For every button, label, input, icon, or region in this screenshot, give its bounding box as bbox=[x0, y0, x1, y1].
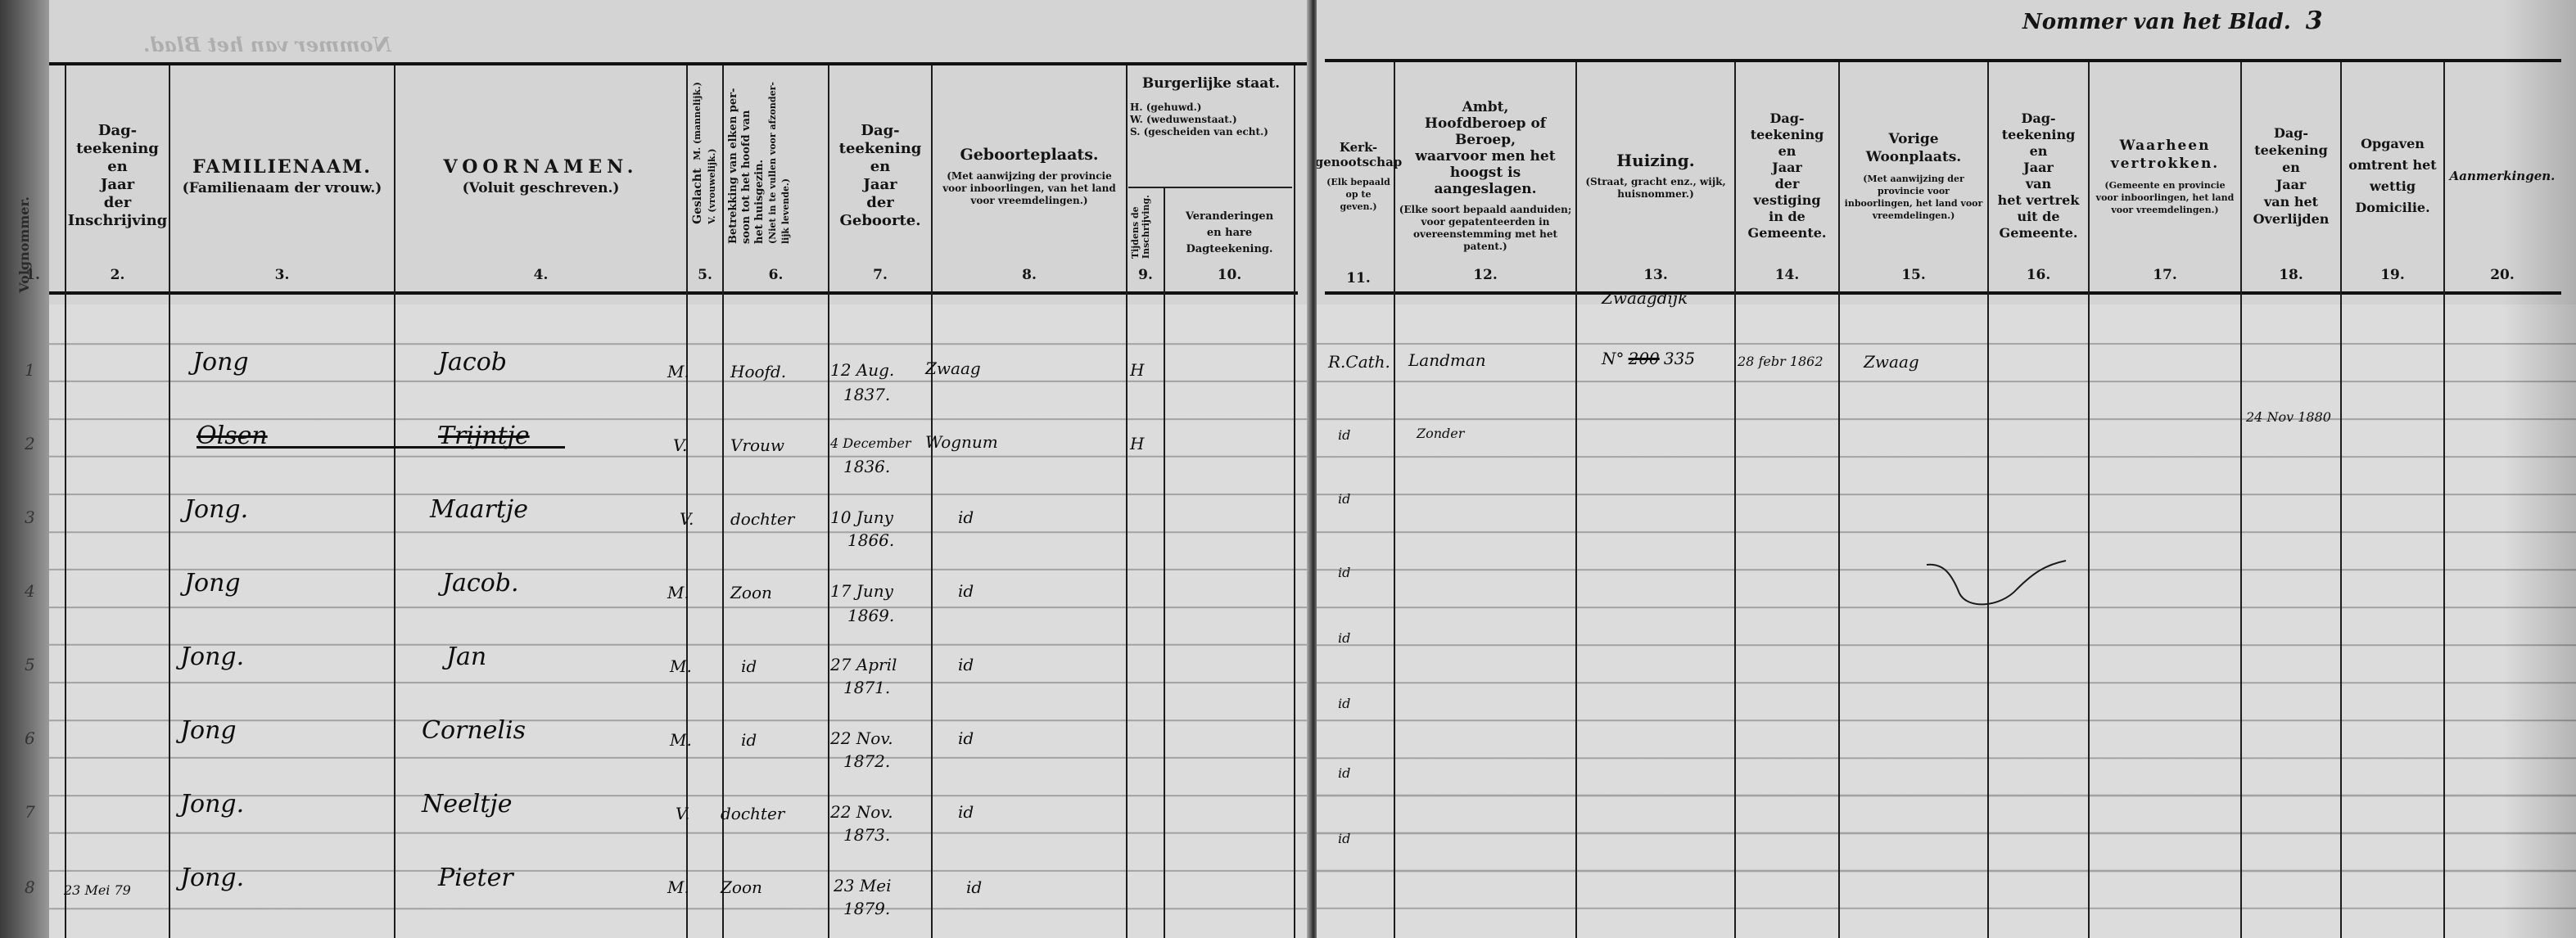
row-1-volgnr: 1 bbox=[25, 360, 35, 380]
staat-legend: H. (gehuwd.) W. (weduwenstaat.) S. (gesc… bbox=[1130, 101, 1292, 138]
header-col-13: Huizing. (Straat, gracht enz., wijk, hui… bbox=[1577, 65, 1734, 286]
header-col-18: Dag- teekening en Jaar van het Overlijde… bbox=[2242, 65, 2340, 286]
row-4-kerk: id bbox=[1338, 565, 1350, 580]
row-2-beroep: Zonder bbox=[1417, 426, 1464, 441]
col-number: 15. bbox=[1840, 267, 1987, 283]
col-divider bbox=[1126, 65, 1128, 938]
row-2-geboorteplaats: Wognum bbox=[925, 432, 998, 452]
row-5-volgnr: 5 bbox=[25, 655, 35, 674]
row-8-geboorte-jaar: 1879. bbox=[843, 899, 890, 918]
header-burgerlijke-staat: Burgerlijke staat. H. (gehuwd.) W. (wedu… bbox=[1130, 75, 1292, 138]
col-number: 16. bbox=[1989, 267, 2088, 283]
row-1-vorige-woonplaats: Zwaag bbox=[1864, 352, 1919, 372]
row-3-volgnr: 3 bbox=[25, 507, 35, 527]
col-number: 9. bbox=[1128, 267, 1164, 283]
row-4-familienaam: Jong bbox=[184, 569, 241, 598]
page-number-label: Nommer van het Blad.3 bbox=[2022, 7, 2323, 35]
struck-house-number: 200 bbox=[1629, 349, 1660, 368]
row-1-voornamen: Jacob bbox=[438, 348, 507, 377]
row-3-voornamen: Maartje bbox=[430, 495, 528, 524]
row-2-staat: H bbox=[1130, 434, 1144, 453]
row-1-geslacht: M. bbox=[667, 362, 689, 381]
row-6-betrekking: id bbox=[741, 730, 757, 750]
row-7-betrekking: dochter bbox=[721, 804, 784, 823]
row-6-geboorte-dag: 22 Nov. bbox=[830, 728, 893, 748]
row-1-familienaam: Jong bbox=[192, 348, 249, 377]
row-1-geboorteplaats: Zwaag bbox=[925, 359, 981, 378]
strike-line bbox=[197, 446, 565, 449]
header-col-19: Opgaven omtrent het wettig Domicilie. bbox=[2342, 65, 2443, 286]
row-7-geboorteplaats: id bbox=[958, 802, 974, 822]
row-2-geboorte-jaar: 1836. bbox=[843, 457, 890, 476]
col-divider bbox=[1164, 188, 1165, 938]
row-6-volgnr: 6 bbox=[25, 728, 35, 748]
right-page: Nommer van het Blad.3 Kerk- genootschap … bbox=[1317, 0, 2576, 938]
header-top-rule bbox=[1325, 59, 2561, 62]
col-number: 12. bbox=[1395, 267, 1575, 283]
row-4-betrekking: Zoon bbox=[730, 583, 772, 602]
row-1-staat: H bbox=[1130, 360, 1144, 380]
row-3-geboorte-jaar: 1866. bbox=[847, 530, 894, 550]
col-number: 2. bbox=[66, 267, 169, 283]
header-col-16: Dag- teekening en Jaar van het vertrek u… bbox=[1989, 65, 2088, 286]
row-8-betrekking: Zoon bbox=[721, 877, 762, 897]
page-number: 3 bbox=[2306, 7, 2323, 35]
header-col-11: Kerk- genootschap (Elk bepaald op te gev… bbox=[1323, 65, 1394, 286]
staat-subdivider bbox=[1128, 187, 1292, 188]
row-1-geboorte-jaar: 1837. bbox=[843, 385, 890, 404]
header-col-5-geslacht: Geslacht M. (mannelijk.) V. (vrouwelijk.… bbox=[690, 82, 720, 224]
row-1-huizing-straat: Zwaagdijk bbox=[1602, 288, 1688, 308]
col-number: 3. bbox=[170, 267, 394, 283]
row-4-volgnr: 4 bbox=[25, 581, 35, 601]
row-3-geboorteplaats: id bbox=[958, 507, 974, 527]
header-bottom-rule bbox=[1325, 291, 2561, 295]
row-4-geboorte-dag: 17 Juny bbox=[830, 581, 893, 601]
col-number: 19. bbox=[2342, 267, 2443, 283]
header-col-15: Vorige Woonplaats. (Met aanwijzing der p… bbox=[1840, 65, 1987, 286]
row-1-beroep: Landman bbox=[1408, 350, 1486, 370]
row-5-geslacht: M. bbox=[670, 656, 692, 676]
row-4-geboorteplaats: id bbox=[958, 581, 974, 601]
row-8-inschrijving: 23 Mei 79 bbox=[64, 882, 131, 898]
row-6-familienaam: Jong bbox=[180, 716, 237, 745]
row-6-geboorte-jaar: 1872. bbox=[843, 751, 890, 771]
row-2-geboorte-dag: 4 December bbox=[830, 435, 911, 451]
row-6-geboorteplaats: id bbox=[958, 728, 974, 748]
row-5-geboorteplaats: id bbox=[958, 655, 974, 674]
row-4-geboorte-jaar: 1869. bbox=[847, 606, 894, 625]
row-8-geboorteplaats: id bbox=[966, 877, 982, 897]
row-5-geboorte-dag: 27 April bbox=[830, 655, 897, 674]
row-3-familienaam: Jong. bbox=[184, 495, 248, 524]
row-1-betrekking: Hoofd. bbox=[730, 362, 786, 381]
col-number: 11. bbox=[1323, 270, 1394, 286]
header-col-8: Geboorteplaats. (Met aanwijzing der prov… bbox=[933, 65, 1126, 286]
row-5-kerk: id bbox=[1338, 630, 1350, 646]
row-1-kerk: R.Cath. bbox=[1328, 352, 1390, 372]
row-8-familienaam: Jong. bbox=[180, 864, 244, 892]
row-7-geboorte-dag: 22 Nov. bbox=[830, 802, 893, 822]
header-col-9: Tijdens de Inschrijving. bbox=[1130, 195, 1151, 259]
new-house-number: 335 bbox=[1664, 349, 1695, 368]
row-3-betrekking: dochter bbox=[730, 509, 794, 529]
row-1-geboorte-dag: 12 Aug. bbox=[830, 360, 894, 380]
row-8-voornamen: Pieter bbox=[438, 864, 513, 892]
binding-edge bbox=[0, 0, 49, 938]
col-divider bbox=[1294, 65, 1295, 938]
header-col-14: Dag- teekening en Jaar der vestiging in … bbox=[1736, 65, 1838, 286]
header-col-7: Dag- teekening en Jaar der Geboorte. bbox=[829, 65, 931, 286]
row-3-geslacht: V. bbox=[680, 509, 694, 529]
row-1-huizing-nr: N° 200 335 bbox=[1602, 349, 1695, 368]
col-number: 6. bbox=[724, 267, 828, 283]
row-1-vestiging: 28 febr 1862 bbox=[1738, 354, 1824, 369]
left-page: Nommer van het Blad. Volgnommer. Dag- te… bbox=[0, 0, 1310, 938]
row-8-geslacht: M. bbox=[667, 877, 689, 897]
row-6-geslacht: M. bbox=[670, 730, 692, 750]
row-3-kerk: id bbox=[1338, 491, 1350, 507]
row-5-voornamen: Jan bbox=[446, 643, 486, 671]
row-7-geslacht: V. bbox=[676, 804, 689, 823]
col-number: 13. bbox=[1577, 267, 1734, 283]
row-7-volgnr: 7 bbox=[25, 802, 35, 822]
col-number: 17. bbox=[2090, 267, 2240, 283]
header-col-12: Ambt, Hoofdberoep of Beroep, waarvoor me… bbox=[1395, 65, 1575, 286]
col-number: 5. bbox=[688, 267, 722, 283]
row-5-geboorte-jaar: 1871. bbox=[843, 678, 890, 697]
col-number: 10. bbox=[1165, 267, 1294, 283]
row-2-betrekking: Vrouw bbox=[730, 435, 784, 455]
row-2-volgnr: 2 bbox=[25, 434, 35, 453]
row-8-geboorte-dag: 23 Mei bbox=[834, 876, 892, 895]
col-number: 18. bbox=[2242, 267, 2340, 283]
row-8-volgnr: 8 bbox=[25, 877, 35, 897]
row-7-kerk: id bbox=[1338, 765, 1350, 781]
row-7-geboorte-jaar: 1873. bbox=[843, 825, 890, 845]
row-5-familienaam: Jong. bbox=[180, 643, 244, 671]
header-bottom-rule bbox=[49, 291, 1298, 295]
header-col-2: Dag- teekening en Jaar der Inschrijving bbox=[66, 65, 169, 286]
col-number: 1. bbox=[16, 267, 49, 283]
row-7-voornamen: Neeltje bbox=[422, 790, 512, 818]
row-2-geslacht: V. bbox=[673, 435, 687, 455]
header-col-17: Waarheen vertrokken. (Gemeente en provin… bbox=[2090, 65, 2240, 286]
header-col-3-familienaam: FAMILIENAAM. (Familienaam der vrouw.) bbox=[170, 65, 394, 286]
col-number: 8. bbox=[933, 267, 1126, 283]
bleedthrough-text: Nommer van het Blad. bbox=[143, 33, 391, 56]
header-col-4-voornamen: VOORNAMEN. (Voluit geschreven.) bbox=[395, 65, 686, 286]
col-number: 4. bbox=[395, 267, 686, 283]
ink-squiggle-mark bbox=[1923, 557, 2078, 614]
row-7-familienaam: Jong. bbox=[180, 790, 244, 818]
header-col-6-betrekking: Betrekking van elken per- soon tot het h… bbox=[727, 82, 793, 244]
row-4-voornamen: Jacob. bbox=[442, 569, 519, 598]
header-col-10: Veranderingen en hare Dagteekening. bbox=[1165, 209, 1294, 258]
header-col-20: Aanmerkingen. bbox=[2445, 65, 2560, 286]
row-6-kerk: id bbox=[1338, 696, 1350, 711]
row-3-geboorte-dag: 10 Juny bbox=[830, 507, 893, 527]
col-number: 14. bbox=[1736, 267, 1838, 283]
row-2-overlijden: 24 Nov 1880 bbox=[2246, 409, 2331, 425]
col-number: 20. bbox=[2445, 267, 2560, 283]
row-4-geslacht: M. bbox=[667, 583, 689, 602]
row-2-kerk: id bbox=[1338, 427, 1350, 443]
col-number: 7. bbox=[829, 267, 931, 283]
row-8-kerk: id bbox=[1338, 831, 1350, 846]
row-5-betrekking: id bbox=[741, 656, 757, 676]
row-6-voornamen: Cornelis bbox=[422, 716, 526, 745]
